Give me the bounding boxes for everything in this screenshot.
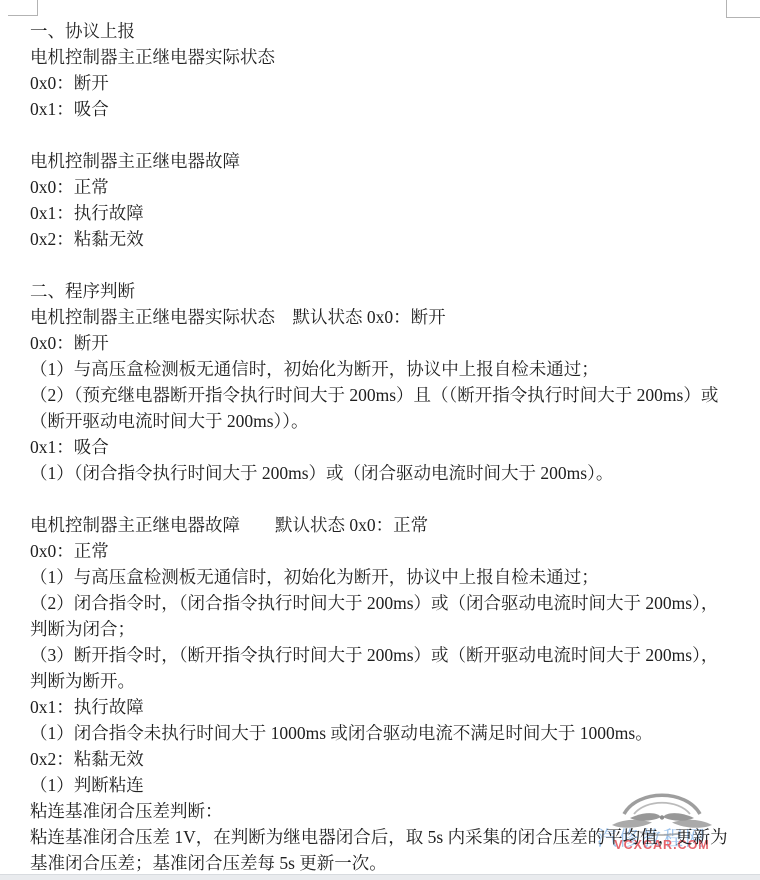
text-line[interactable]: 粘连基准闭合压差 1V，在判断为继电器闭合后，取 5s 内采集的闭合压差的平均值… — [30, 824, 750, 850]
text-line[interactable]: 二、程序判断 — [30, 278, 750, 304]
text-line[interactable]: （2）（预充继电器断开指令执行时间大于 200ms）且（（断开指令执行时间大于 … — [30, 382, 750, 408]
text-line[interactable]: 0x1：执行故障 — [30, 694, 750, 720]
text-line[interactable]: 0x2：粘黏无效 — [30, 746, 750, 772]
text-line[interactable]: 粘连基准闭合压差判断： — [30, 798, 750, 824]
document-text[interactable]: 一、协议上报电机控制器主正继电器实际状态0x0：断开0x1：吸合 电机控制器主正… — [0, 0, 760, 876]
text-line[interactable]: （1）闭合指令未执行时间大于 1000ms 或闭合驱动电流不满足时间大于 100… — [30, 720, 750, 746]
text-line[interactable]: （1）与高压盒检测板无通信时，初始化为断开，协议中上报自检未通过； — [30, 356, 750, 382]
text-line[interactable]: 一、协议上报 — [30, 18, 750, 44]
text-line[interactable]: 0x2：粘黏无效 — [30, 226, 750, 252]
blank-line[interactable] — [30, 252, 750, 278]
text-line[interactable]: 0x0：断开 — [30, 330, 750, 356]
text-line[interactable]: （3）断开指令时，（断开指令执行时间大于 200ms）或（断开驱动电流时间大于 … — [30, 642, 750, 668]
blank-line[interactable] — [30, 122, 750, 148]
text-line[interactable]: 0x0：正常 — [30, 538, 750, 564]
text-line[interactable]: （断开驱动电流时间大于 200ms））。 — [30, 408, 750, 434]
text-line[interactable]: 电机控制器主正继电器实际状态 默认状态 0x0：断开 — [30, 304, 750, 330]
text-line[interactable]: 电机控制器主正继电器故障 — [30, 148, 750, 174]
text-line[interactable]: 电机控制器主正继电器实际状态 — [30, 44, 750, 70]
document-page[interactable]: 汽修教程网 VCXCAR.COM 一、协议上报电机控制器主正继电器实际状态0x0… — [0, 0, 760, 880]
text-line[interactable]: （1）（闭合指令执行时间大于 200ms）或（闭合驱动电流时间大于 200ms）… — [30, 460, 750, 486]
text-line[interactable]: （2）闭合指令时，（闭合指令执行时间大于 200ms）或（闭合驱动电流时间大于 … — [30, 590, 750, 616]
text-line[interactable]: 0x1：执行故障 — [30, 200, 750, 226]
text-line[interactable]: 0x0：正常 — [30, 174, 750, 200]
text-line[interactable]: 0x1：吸合 — [30, 434, 750, 460]
text-line[interactable]: 电机控制器主正继电器故障 默认状态 0x0：正常 — [30, 512, 750, 538]
text-line[interactable]: 判断为断开。 — [30, 668, 750, 694]
text-line[interactable]: 基准闭合压差；基准闭合压差每 5s 更新一次。 — [30, 850, 750, 876]
text-line[interactable]: 判断为闭合； — [30, 616, 750, 642]
text-line[interactable]: 0x0：断开 — [30, 70, 750, 96]
text-line[interactable]: （1）与高压盒检测板无通信时，初始化为断开，协议中上报自检未通过； — [30, 564, 750, 590]
text-line[interactable]: 0x1：吸合 — [30, 96, 750, 122]
blank-line[interactable] — [30, 486, 750, 512]
text-line[interactable]: （1）判断粘连 — [30, 772, 750, 798]
